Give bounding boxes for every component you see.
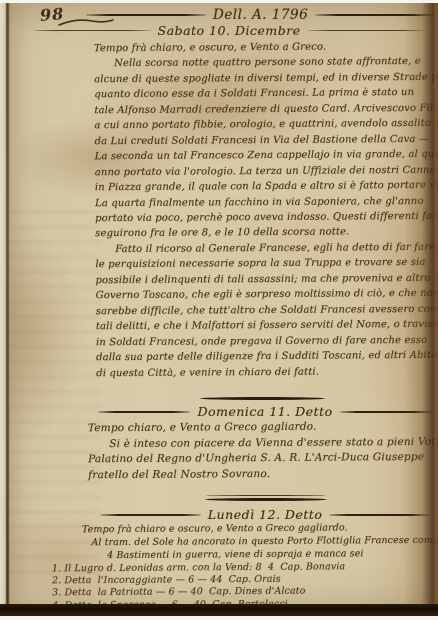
entry-body-dec10: Tempo frà chiaro, e oscuro, e Vento a Gr… xyxy=(94,39,436,381)
section-divider xyxy=(205,498,327,501)
handwritten-line: in Piazza grande, il quale con la Spada … xyxy=(95,178,435,196)
handwritten-line: tali delitti, e che i Malfattori si foss… xyxy=(96,317,436,335)
year-header-row: Dell. A. 1796 xyxy=(86,7,435,23)
entry-header-dec10: Sabato 10. Dicembre xyxy=(34,23,424,38)
entry-date-dec10: Sabato 10. Dicembre xyxy=(158,23,301,38)
handwritten-line: portato via poco, perchè poco aveva indo… xyxy=(95,209,435,227)
entry-body-dec12: Tempo frà chiaro e oscuro, e Vento a Gre… xyxy=(82,521,434,563)
header-rule xyxy=(86,14,206,16)
manuscript-page: 98 Dell. A. 1796 Sabato 10. Dicembre Tem… xyxy=(0,3,438,616)
section-divider xyxy=(200,397,325,400)
handwritten-line: di questa Città, e venire in chiaro dei … xyxy=(96,363,436,381)
year-header: Dell. A. 1796 xyxy=(213,7,308,23)
page-right-edge xyxy=(404,3,438,616)
handwritten-line: La seconda un tal Francesco Zena cappell… xyxy=(95,147,435,165)
handwritten-line: dalla sua parte delle diligenze fra i Su… xyxy=(96,348,436,366)
entry-date-dec11: Domenica 11. Detto xyxy=(197,404,332,419)
binding-crease xyxy=(6,3,9,616)
entry-date-dec12: Lunedì 12. Detto xyxy=(208,507,323,522)
verso-show-through xyxy=(10,203,100,573)
header-rule xyxy=(98,411,190,413)
entry-header-dec11: Domenica 11. Detto xyxy=(98,404,432,419)
handwritten-line: fratello del Real Nostro Sovrano. xyxy=(88,466,432,484)
manuscript-scan: { "page": { "number": "98", "year_header… xyxy=(0,0,438,620)
book-bottom-edge xyxy=(0,604,438,616)
handwritten-line: Palatino del Regno d'Ungheria S. A. R. L… xyxy=(88,450,432,468)
header-rule xyxy=(100,514,201,516)
entry-body-dec11: Tempo chiaro, e Vento a Greco gagliardo.… xyxy=(88,419,432,484)
entry-header-dec12: Lunedì 12. Detto xyxy=(100,507,430,522)
header-rule xyxy=(34,30,151,31)
